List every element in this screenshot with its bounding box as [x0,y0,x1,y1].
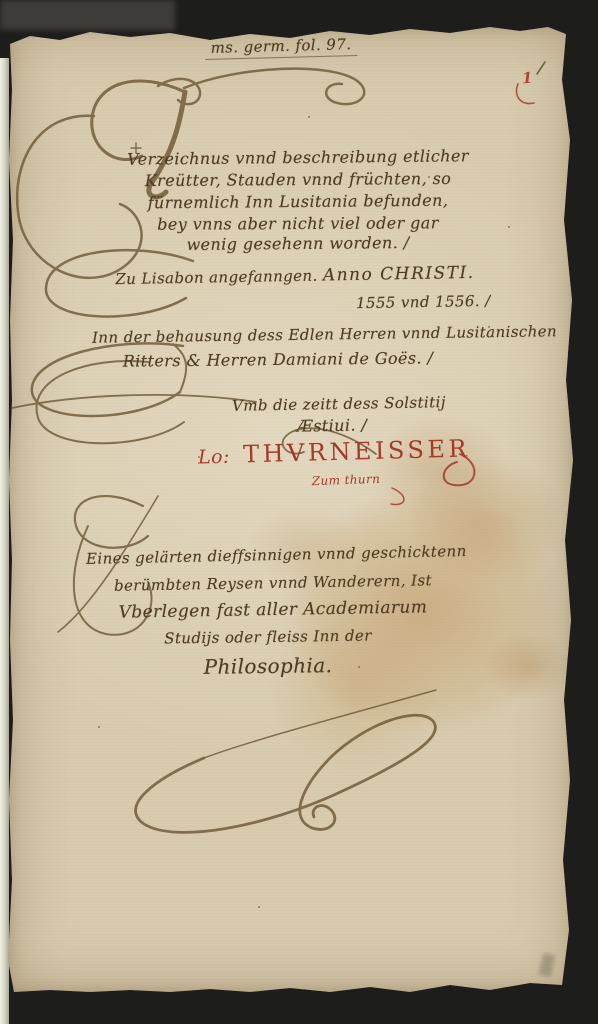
subtitle-line: berümbten Reysen vnnd Wanderern, Ist [96,571,450,595]
subtitle-line: Eines gelärten dieffsinnigen vnnd geschi… [86,542,460,568]
scan-backdrop-corner [0,0,175,30]
signature-motto: Zum thurn [286,471,406,489]
underlying-page-edge [0,58,9,1024]
manuscript-scan: ms. germ. fol. 97. 1 Verzeichnus vnnd be… [0,0,598,1024]
title-line: Verzeichnus vnnd beschreibung etlicher [108,146,488,169]
manuscript-page: ms. germ. fol. 97. 1 Verzeichnus vnnd be… [8,26,574,992]
dedication-line: Inn der behausung dess Edlen Herren vnnd… [92,323,484,346]
title-line: fürnemlich Inn Lusitania befunden, [108,190,488,212]
subtitle-line: Studijs oder fleiss Inn der [116,626,420,648]
author-signature: Lo: THVRNEISSER [184,434,485,470]
dateline-years: 1555 vnd 1556. / [356,292,491,312]
ink-speck [198,456,200,458]
initial-v-serif [158,79,200,104]
dateline-anno: Anno CHRISTI. [323,263,475,286]
motto-curl [391,488,404,505]
signature-name: THVRNEISSER [243,434,471,468]
signature-prefix: Lo: [198,446,230,469]
title-line: wenig gesehenn worden. / [108,232,488,254]
folio-number: 1 [521,69,533,88]
subtitle-line: Philosophia. [136,652,400,680]
ink-speck [358,666,360,668]
ink-speck [488,326,490,328]
folio-slash-mark [537,62,545,74]
ink-speck [428,176,430,178]
initial-v-loop [92,81,185,160]
title-line: bey vnns aber nicht viel oder gar [108,213,488,234]
season-line: Æstiui. / [262,415,402,436]
dedication-line: Ritters & Herren Damiani de Goës. / [104,348,452,371]
lower-initial-loop [75,496,148,548]
season-lead-stroke [12,395,256,408]
ink-speck [508,226,510,228]
ink-speck [98,726,100,728]
ink-speck [308,116,310,118]
bottom-flourish-loops [136,715,436,832]
bottom-flourish-diagonal [204,690,436,758]
dateline-place: Zu Lisabon angefanngen. [115,267,318,289]
dateline: Zu Lisabon angefanngen. Anno CHRISTI. [112,263,478,289]
ink-smudge [539,953,555,977]
shelfmark: ms. germ. fol. 97. [205,35,357,60]
ink-speck [258,906,260,908]
title-line: Kreütter, Stauden vnnd früchten, so [108,169,488,191]
top-swash [184,69,364,104]
subtitle-line: Vberlegen fast aller Academiarum [106,597,440,623]
season-line: Vmb die zeitt dess Solstitij [232,393,444,415]
